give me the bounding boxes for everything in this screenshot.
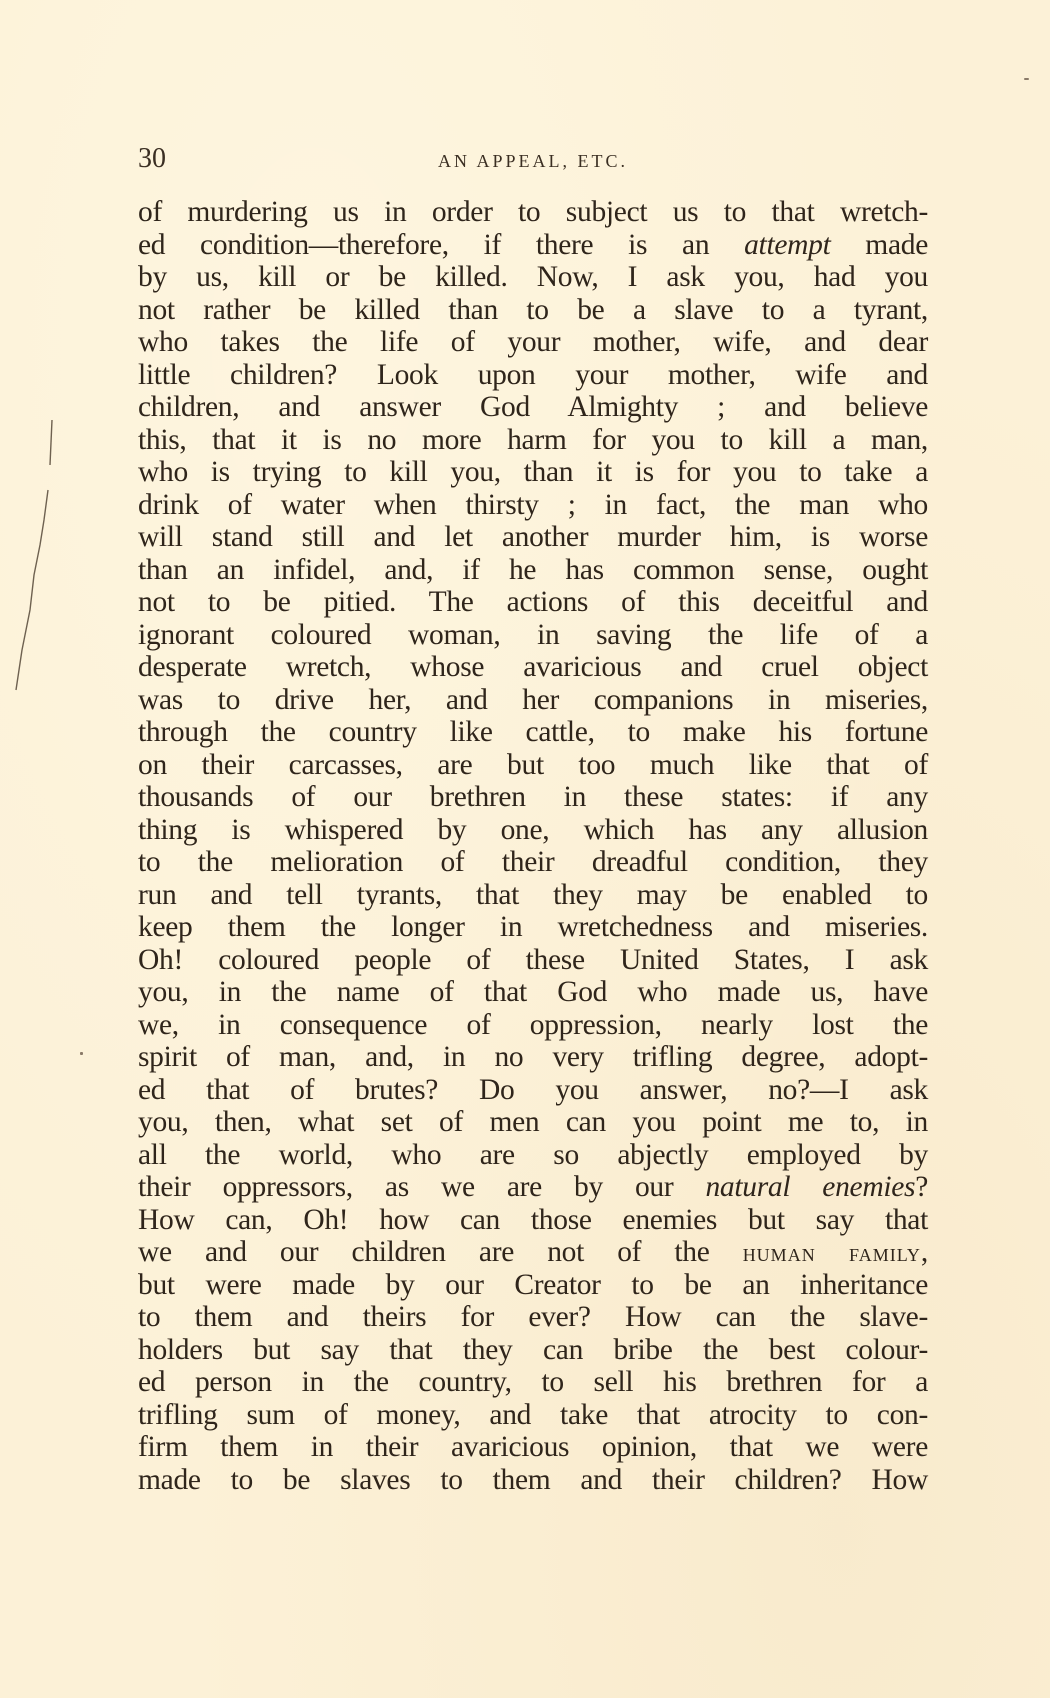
text-line: by us, kill or be killed. Now, I ask you… <box>138 261 928 294</box>
text-line: not to be pitied. The actions of this de… <box>138 586 928 619</box>
text-line: firm them in their avaricious opinion, t… <box>138 1431 928 1464</box>
line-text: this, that it is no more harm for you to… <box>138 424 928 456</box>
smallcaps-emphasis: human family <box>743 1240 921 1267</box>
line-text: all the world, who are so abjectly emplo… <box>138 1139 928 1171</box>
italic-emphasis: attempt <box>744 229 830 261</box>
running-head: 30 AN APPEAL, ETC. <box>138 142 928 176</box>
text-line: little children? Look upon your mother, … <box>138 359 928 392</box>
line-text: , <box>921 1236 928 1268</box>
text-line: ed that of brutes? Do you answer, no?—I … <box>138 1074 928 1107</box>
line-text: of murdering us in order to subject us t… <box>138 196 928 228</box>
line-text: not to be pitied. The actions of this de… <box>138 586 928 618</box>
line-text: by us, kill or be killed. Now, I ask you… <box>138 261 928 293</box>
scan-speck <box>1024 78 1029 80</box>
line-text: to them and theirs for ever? How can the… <box>138 1301 928 1333</box>
line-text: not rather be killed than to be a slave … <box>138 294 928 326</box>
line-text: we and our children are not of the <box>138 1236 743 1268</box>
text-line: Oh! coloured people of these United Stat… <box>138 944 928 977</box>
text-line: than an infidel, and, if he has common s… <box>138 554 928 587</box>
text-line: through the country like cattle, to make… <box>138 716 928 749</box>
text-line: made to be slaves to them and their chil… <box>138 1464 928 1497</box>
line-text: who is trying to kill you, than it is fo… <box>138 456 928 488</box>
text-line: you, then, what set of men can you point… <box>138 1106 928 1139</box>
line-text: you, then, what set of men can you point… <box>138 1106 928 1138</box>
line-text: run and tell tyrants, that they may be e… <box>138 879 928 911</box>
line-text: we, in consequence of oppression, nearly… <box>138 1009 928 1041</box>
line-text: firm them in their avaricious opinion, t… <box>138 1431 928 1463</box>
line-text: spirit of man, and, in no very trifling … <box>138 1041 928 1073</box>
text-line: thousands of our brethren in these state… <box>138 781 928 814</box>
line-text: ed condition—therefore, if there is an <box>138 229 744 261</box>
line-text: thing is whispered by one, which has any… <box>138 814 928 846</box>
line-text: made to be slaves to them and their chil… <box>138 1464 928 1496</box>
line-text: thousands of our brethren in these state… <box>138 781 928 813</box>
line-text: keep them the longer in wretchedness and… <box>138 911 928 943</box>
line-text: made <box>830 229 928 261</box>
line-text: than an infidel, and, if he has common s… <box>138 554 928 586</box>
text-line: to them and theirs for ever? How can the… <box>138 1301 928 1334</box>
text-line: ignorant coloured woman, in saving the l… <box>138 619 928 652</box>
line-text: ignorant coloured woman, in saving the l… <box>138 619 928 651</box>
line-text: you, in the name of that God who made us… <box>138 976 928 1008</box>
text-line: will stand still and let another murder … <box>138 521 928 554</box>
text-line: desperate wretch, whose avaricious and c… <box>138 651 928 684</box>
text-line: run and tell tyrants, that they may be e… <box>138 879 928 912</box>
text-line: who takes the life of your mother, wife,… <box>138 326 928 359</box>
line-text: children, and answer God Almighty ; and … <box>138 391 928 423</box>
text-line: spirit of man, and, in no very trifling … <box>138 1041 928 1074</box>
line-text: ? <box>915 1171 928 1203</box>
text-line: their oppressors, as we are by our natur… <box>138 1171 928 1204</box>
text-line: ed condition—therefore, if there is an a… <box>138 229 928 262</box>
line-text: through the country like cattle, to make… <box>138 716 928 748</box>
margin-pencil-line <box>0 0 140 760</box>
line-text: ed person in the country, to sell his br… <box>138 1366 928 1398</box>
line-text: will stand still and let another murder … <box>138 521 928 553</box>
scan-speck <box>80 1052 83 1055</box>
text-line: we and our children are not of the human… <box>138 1236 928 1269</box>
text-line: you, in the name of that God who made us… <box>138 976 928 1009</box>
text-line: trifling sum of money, and take that atr… <box>138 1399 928 1432</box>
line-text: holders but say that they can bribe the … <box>138 1334 928 1366</box>
line-text: but were made by our Creator to be an in… <box>138 1269 928 1301</box>
line-text: trifling sum of money, and take that atr… <box>138 1399 928 1431</box>
text-line: keep them the longer in wretchedness and… <box>138 911 928 944</box>
line-text: their oppressors, as we are by our <box>138 1171 705 1203</box>
text-line: who is trying to kill you, than it is fo… <box>138 456 928 489</box>
text-line: ed person in the country, to sell his br… <box>138 1366 928 1399</box>
scanned-book-page: 30 AN APPEAL, ETC. of murdering us in or… <box>0 0 1050 1698</box>
text-line: on their carcasses, are but too much lik… <box>138 749 928 782</box>
text-line: we, in consequence of oppression, nearly… <box>138 1009 928 1042</box>
line-text: How can, Oh! how can those enemies but s… <box>138 1204 928 1236</box>
text-line: to the melioration of their dreadful con… <box>138 846 928 879</box>
text-line: not rather be killed than to be a slave … <box>138 294 928 327</box>
running-head-title: AN APPEAL, ETC. <box>138 146 928 176</box>
text-line: of murdering us in order to subject us t… <box>138 196 928 229</box>
line-text: who takes the life of your mother, wife,… <box>138 326 928 358</box>
line-text: to the melioration of their dreadful con… <box>138 846 928 878</box>
line-text: on their carcasses, are but too much lik… <box>138 749 928 781</box>
line-text: desperate wretch, whose avaricious and c… <box>138 651 928 683</box>
italic-emphasis: natural enemies <box>705 1171 915 1203</box>
line-text: was to drive her, and her companions in … <box>138 684 928 716</box>
line-text: little children? Look upon your mother, … <box>138 359 928 391</box>
line-text: ed that of brutes? Do you answer, no?—I … <box>138 1074 928 1106</box>
text-line: How can, Oh! how can those enemies but s… <box>138 1204 928 1237</box>
text-line: drink of water when thirsty ; in fact, t… <box>138 489 928 522</box>
text-line: but were made by our Creator to be an in… <box>138 1269 928 1302</box>
line-text: Oh! coloured people of these United Stat… <box>138 944 928 976</box>
line-text: drink of water when thirsty ; in fact, t… <box>138 489 928 521</box>
text-line: thing is whispered by one, which has any… <box>138 814 928 847</box>
text-line: this, that it is no more harm for you to… <box>138 424 928 457</box>
text-line: children, and answer God Almighty ; and … <box>138 391 928 424</box>
body-text: of murdering us in order to subject us t… <box>138 196 928 1496</box>
text-line: holders but say that they can bribe the … <box>138 1334 928 1367</box>
text-line: was to drive her, and her companions in … <box>138 684 928 717</box>
text-line: all the world, who are so abjectly emplo… <box>138 1139 928 1172</box>
